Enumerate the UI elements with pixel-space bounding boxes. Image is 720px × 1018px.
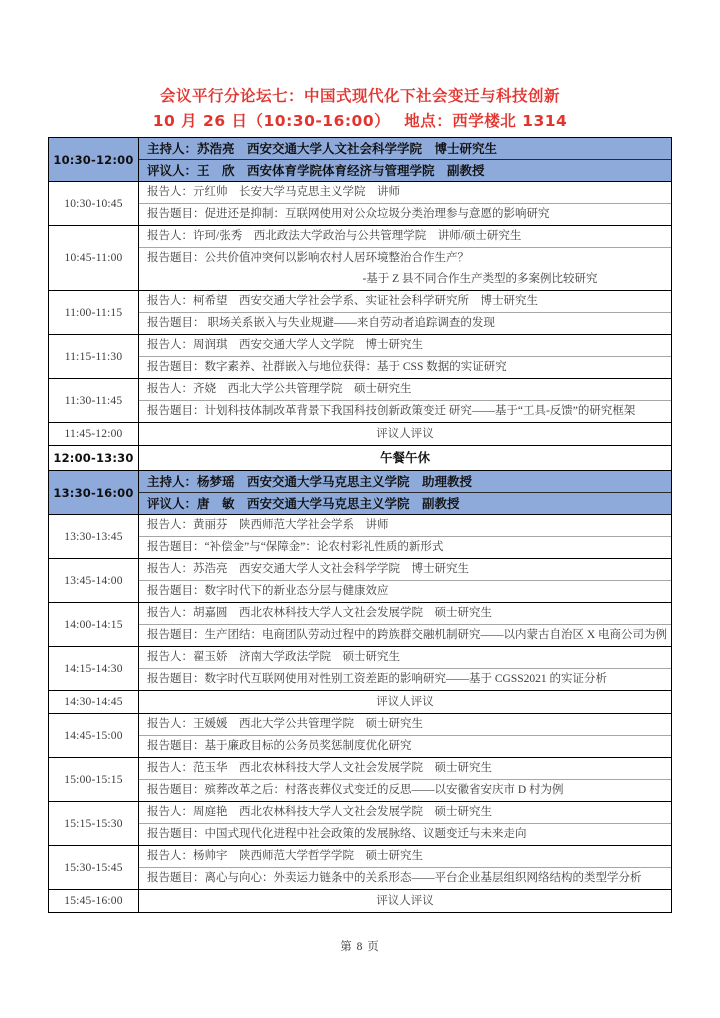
slot-report: 13:30-13:45报告人：黄丽芬 陕西师范大学社会学系 讲师报告题目：“补偿… (49, 514, 671, 558)
slot-report: 14:00-14:15报告人：胡嘉圆 西北农林科技大学人文社会发展学院 硕士研究… (49, 602, 671, 646)
time-cell: 11:30-11:45 (49, 379, 139, 422)
discussion-row: 评议人评议 (139, 691, 671, 713)
paper-title-row: 报告题目： 职场关系嵌入与失业规避——来自劳动者追踪调查的发现 (139, 312, 671, 334)
slot-report: 11:00-11:15报告人：柯希望 西安交通大学社会学系、实证社会科学研究所 … (49, 290, 671, 334)
speaker-row: 报告人：齐娆 西北大学公共管理学院 硕士研究生 (139, 379, 671, 400)
content-cell: 报告人：范玉华 西北农林科技大学人文社会发展学院 硕士研究生报告题目：殡葬改革之… (139, 758, 671, 801)
speaker-row: 报告人：胡嘉圆 西北农林科技大学人文社会发展学院 硕士研究生 (139, 603, 671, 624)
session-row: 评议人：王 欣 西安体育学院体育经济与管理学院 副教授 (139, 159, 671, 181)
schedule-table: 10:30-12:00主持人：苏浩亮 西安交通大学人文社会科学学院 博士研究生评… (48, 137, 672, 913)
paper-title-row: 报告题目：数字素养、社群嵌入与地位获得：基于 CSS 数据的实证研究 (139, 356, 671, 378)
paper-title-row: 报告题目：生产团结：电商团队劳动过程中的跨族群交融机制研究——以内蒙古自治区 X… (139, 624, 671, 646)
time-cell: 10:45-11:00 (49, 226, 139, 290)
slot-discuss: 11:45-12:00评议人评议 (49, 422, 671, 445)
paper-title-row: 报告题目：基于廉政目标的公务员奖惩制度优化研究 (139, 735, 671, 757)
content-cell: 评议人评议 (139, 423, 671, 445)
time-cell: 11:45-12:00 (49, 423, 139, 445)
content-cell: 评议人评议 (139, 691, 671, 713)
slot-session: 10:30-12:00主持人：苏浩亮 西安交通大学人文社会科学学院 博士研究生评… (49, 138, 671, 181)
time-cell: 14:45-15:00 (49, 714, 139, 757)
paper-title-row: 报告题目：离心与向心：外卖运力链条中的关系形态——平台企业基层组织网络结构的类型… (139, 867, 671, 889)
speaker-row: 报告人：周庭艳 西北农林科技大学人文社会发展学院 硕士研究生 (139, 802, 671, 823)
slot-report: 10:45-11:00报告人：许珂/张秀 西北政法大学政治与公共管理学院 讲师/… (49, 225, 671, 290)
document-page: 会议平行分论坛七：中国式现代化下社会变迁与科技创新 10 月 26 日（10:3… (0, 0, 720, 1018)
discussion-row: 评议人评议 (139, 890, 671, 912)
time-cell: 13:30-16:00 (49, 471, 139, 514)
speaker-row: 报告人：杨帅宇 陕西师范大学哲学学院 硕士研究生 (139, 846, 671, 867)
time-cell: 10:30-10:45 (49, 182, 139, 225)
forum-title: 会议平行分论坛七：中国式现代化下社会变迁与科技创新 (0, 84, 720, 109)
paper-title-row: 报告题目：“补偿金”与“保障金”：论农村彩礼性质的新形式 (139, 536, 671, 558)
content-cell: 报告人：亓红帅 长安大学马克思主义学院 讲师报告题目：促进还是抑制：互联网使用对… (139, 182, 671, 225)
session-row: 评议人：唐 敏 西安交通大学马克思主义学院 副教授 (139, 492, 671, 514)
content-cell: 报告人：周庭艳 西北农林科技大学人文社会发展学院 硕士研究生报告题目：中国式现代… (139, 802, 671, 845)
paper-title-row: 报告题目：数字时代下的新业态分层与健康效应 (139, 580, 671, 602)
time-cell: 14:30-14:45 (49, 691, 139, 713)
paper-title-row: 报告题目：中国式现代化进程中社会政策的发展脉络、议题变迁与未来走向 (139, 823, 671, 845)
time-cell: 15:30-15:45 (49, 846, 139, 889)
time-cell: 14:00-14:15 (49, 603, 139, 646)
speaker-row: 报告人：许珂/张秀 西北政法大学政治与公共管理学院 讲师/硕士研究生 (139, 226, 671, 247)
session-row: 主持人：苏浩亮 西安交通大学人文社会科学学院 博士研究生 (139, 138, 671, 159)
content-cell: 评议人评议 (139, 890, 671, 912)
time-cell: 15:15-15:30 (49, 802, 139, 845)
time-cell: 14:15-14:30 (49, 647, 139, 690)
page-number: 第 8 页 (0, 938, 720, 954)
speaker-row: 报告人：范玉华 西北农林科技大学人文社会发展学院 硕士研究生 (139, 758, 671, 779)
paper-title-row: 报告题目：促进还是抑制：互联网使用对公众垃圾分类治理参与意愿的影响研究 (139, 203, 671, 225)
paper-title-line2: -基于 Z 县不同合作生产类型的多案例比较研究 (139, 269, 671, 290)
session-row: 主持人：杨梦瑶 西安交通大学马克思主义学院 助理教授 (139, 471, 671, 492)
slot-report: 15:30-15:45报告人：杨帅宇 陕西师范大学哲学学院 硕士研究生报告题目：… (49, 845, 671, 889)
content-cell: 报告人：杨帅宇 陕西师范大学哲学学院 硕士研究生报告题目：离心与向心：外卖运力链… (139, 846, 671, 889)
time-cell: 15:00-15:15 (49, 758, 139, 801)
lunch-row: 午餐午休 (139, 446, 671, 470)
slot-report: 11:15-11:30报告人：周润琪 西安交通大学人文学院 博士研究生报告题目：… (49, 334, 671, 378)
time-cell: 10:30-12:00 (49, 138, 139, 181)
paper-title-row: 报告题目：公共价值冲突何以影响农村人居环境整治合作生产？-基于 Z 县不同合作生… (139, 247, 671, 290)
content-cell: 报告人：黄丽芬 陕西师范大学社会学系 讲师报告题目：“补偿金”与“保障金”：论农… (139, 515, 671, 558)
slot-report: 10:30-10:45报告人：亓红帅 长安大学马克思主义学院 讲师报告题目：促进… (49, 181, 671, 225)
slot-lunch: 12:00-13:30午餐午休 (49, 445, 671, 470)
speaker-row: 报告人：王媛媛 西北大学公共管理学院 硕士研究生 (139, 714, 671, 735)
content-cell: 报告人：许珂/张秀 西北政法大学政治与公共管理学院 讲师/硕士研究生报告题目：公… (139, 226, 671, 290)
speaker-row: 报告人：亓红帅 长安大学马克思主义学院 讲师 (139, 182, 671, 203)
content-cell: 报告人：王媛媛 西北大学公共管理学院 硕士研究生报告题目：基于廉政目标的公务员奖… (139, 714, 671, 757)
speaker-row: 报告人：翟玉娇 济南大学政法学院 硕士研究生 (139, 647, 671, 668)
content-cell: 报告人：翟玉娇 济南大学政法学院 硕士研究生报告题目：数字时代互联网使用对性别工… (139, 647, 671, 690)
slot-discuss: 14:30-14:45评议人评议 (49, 690, 671, 713)
slot-report: 14:15-14:30报告人：翟玉娇 济南大学政法学院 硕士研究生报告题目：数字… (49, 646, 671, 690)
discussion-row: 评议人评议 (139, 423, 671, 445)
time-cell: 15:45-16:00 (49, 890, 139, 912)
page-title: 会议平行分论坛七：中国式现代化下社会变迁与科技创新 10 月 26 日（10:3… (0, 84, 720, 134)
slot-report: 15:00-15:15报告人：范玉华 西北农林科技大学人文社会发展学院 硕士研究… (49, 757, 671, 801)
content-cell: 报告人：周润琪 西安交通大学人文学院 博士研究生报告题目：数字素养、社群嵌入与地… (139, 335, 671, 378)
slot-report: 14:45-15:00报告人：王媛媛 西北大学公共管理学院 硕士研究生报告题目：… (49, 713, 671, 757)
time-cell: 13:45-14:00 (49, 559, 139, 602)
paper-title-row: 报告题目：数字时代互联网使用对性别工资差距的影响研究——基于 CGSS2021 … (139, 668, 671, 690)
speaker-row: 报告人：柯希望 西安交通大学社会学系、实证社会科学研究所 博士研究生 (139, 291, 671, 312)
content-cell: 主持人：杨梦瑶 西安交通大学马克思主义学院 助理教授评议人：唐 敏 西安交通大学… (139, 471, 671, 514)
date-location-line: 10 月 26 日（10:30-16:00） 地点：西学楼北 1314 (0, 109, 720, 134)
slot-session: 13:30-16:00主持人：杨梦瑶 西安交通大学马克思主义学院 助理教授评议人… (49, 470, 671, 514)
speaker-row: 报告人：苏浩亮 西安交通大学人文社会科学学院 博士研究生 (139, 559, 671, 580)
time-cell: 11:15-11:30 (49, 335, 139, 378)
time-cell: 13:30-13:45 (49, 515, 139, 558)
time-cell: 11:00-11:15 (49, 291, 139, 334)
paper-title-line1: 报告题目：公共价值冲突何以影响农村人居环境整治合作生产？ (139, 248, 671, 269)
speaker-row: 报告人：黄丽芬 陕西师范大学社会学系 讲师 (139, 515, 671, 536)
content-cell: 主持人：苏浩亮 西安交通大学人文社会科学学院 博士研究生评议人：王 欣 西安体育… (139, 138, 671, 181)
slot-discuss: 15:45-16:00评议人评议 (49, 889, 671, 912)
slot-report: 15:15-15:30报告人：周庭艳 西北农林科技大学人文社会发展学院 硕士研究… (49, 801, 671, 845)
content-cell: 报告人：柯希望 西安交通大学社会学系、实证社会科学研究所 博士研究生报告题目： … (139, 291, 671, 334)
speaker-row: 报告人：周润琪 西安交通大学人文学院 博士研究生 (139, 335, 671, 356)
paper-title-row: 报告题目：计划科技体制改革背景下我国科技创新政策变迁 研究——基于“工具-反馈”… (139, 400, 671, 422)
content-cell: 报告人：苏浩亮 西安交通大学人文社会科学学院 博士研究生报告题目：数字时代下的新… (139, 559, 671, 602)
content-cell: 报告人：胡嘉圆 西北农林科技大学人文社会发展学院 硕士研究生报告题目：生产团结：… (139, 603, 671, 646)
paper-title-row: 报告题目：殡葬改革之后：村落丧葬仪式变迁的反思——以安徽省安庆市 D 村为例 (139, 779, 671, 801)
content-cell: 报告人：齐娆 西北大学公共管理学院 硕士研究生报告题目：计划科技体制改革背景下我… (139, 379, 671, 422)
content-cell: 午餐午休 (139, 446, 671, 470)
time-cell: 12:00-13:30 (49, 446, 139, 470)
slot-report: 11:30-11:45报告人：齐娆 西北大学公共管理学院 硕士研究生报告题目：计… (49, 378, 671, 422)
slot-report: 13:45-14:00报告人：苏浩亮 西安交通大学人文社会科学学院 博士研究生报… (49, 558, 671, 602)
